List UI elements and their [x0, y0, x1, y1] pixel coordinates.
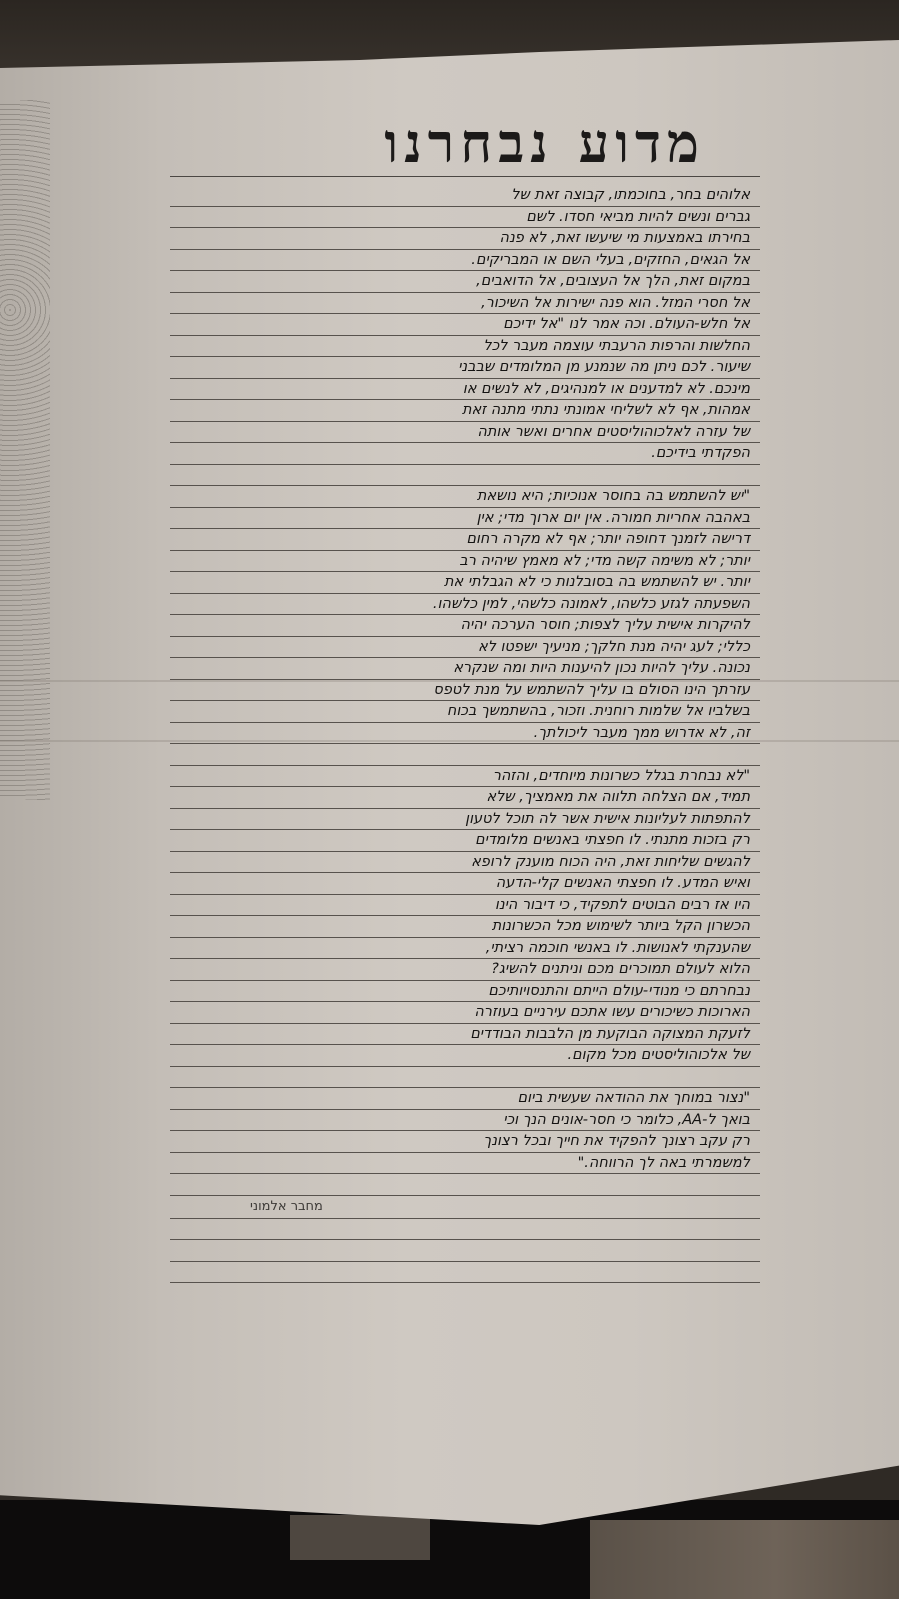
text-line: באהבה אחריות חמורה. אין יום ארוך מדי; אי…: [170, 508, 760, 530]
text-line: אל חסרי המזל. הוא פנה ישירות אל השיכור,: [170, 293, 760, 315]
letter-title: מדוע נבחרנו: [170, 110, 760, 177]
blank-rule-line: .: [170, 1174, 760, 1196]
text-line: לזעקת המצוקה הבוקעת מן הלבבות הבודדים: [170, 1024, 760, 1046]
text-line: תמיד, אם הצלחה תלווה את מאמציך, שלא: [170, 787, 760, 809]
text-line: להיקרות אישית עליך לצפות; חוסר הערכה יהי…: [170, 615, 760, 637]
paragraph-3: "לא נבחרת בגלל כשרונות מיוחדים, והזהר תמ…: [170, 766, 760, 1089]
text-line: שיעור. לכם ניתן מה שנמנע מן המלומדים שבב…: [170, 357, 760, 379]
blank-rule-line: .: [170, 744, 760, 766]
handwritten-letter: מדוע נבחרנו אלוהים בחר, בחוכמתו, קבוצה ז…: [170, 110, 760, 1283]
text-line: רק בזכות מתנתי. לו חפצתי באנשים מלומדים: [170, 830, 760, 852]
blank-rule-line: .: [170, 465, 760, 487]
text-line: שהענקתי לאנושות. לו באנשי חוכמה רציתי,: [170, 938, 760, 960]
text-line: החלשות והרפות הרעבתי עוצמה מעבר לכל: [170, 336, 760, 358]
background-object: [290, 1515, 430, 1560]
text-line: "נצור במוחך את ההודאה שעשית ביום: [170, 1088, 760, 1110]
text-line: "לא נבחרת בגלל כשרונות מיוחדים, והזהר: [170, 766, 760, 788]
text-line: הארוכות כשיכורים עשו אתכם עירניים בעוזרה: [170, 1002, 760, 1024]
background-floor: [590, 1520, 899, 1599]
text-line: בשלביו אל שלמות רוחנית. וזכור, בהשתמשך ב…: [170, 701, 760, 723]
blank-rule-line: .: [170, 1219, 760, 1241]
text-line: ואיש המדע. לו חפצתי האנשים קלי-הדעה: [170, 873, 760, 895]
text-line: להתפתות לעליונות אישית אשר לה תוכל לטעון: [170, 809, 760, 831]
text-line: כללי; לעג יהיה מנת חלקך; מניעיך ישפטו לא: [170, 637, 760, 659]
text-line: "יש להשתמש בה בחוסר אנוכיות; היא נושאת: [170, 486, 760, 508]
text-line: אל חלש-העולם. וכה אמר לנו "אל ידיכם: [170, 314, 760, 336]
text-line: להגשים שליחות זאת, היה הכוח מוענק לרופא: [170, 852, 760, 874]
text-line: אל הגאים, החזקים, בעלי השם או המבריקים.: [170, 250, 760, 272]
text-line: היו אז רבים הבוטים לתפקיד, כי דיבור הינו: [170, 895, 760, 917]
text-line: של אלכוהוליסטים מכל מקום.: [170, 1045, 760, 1067]
text-line: רק עקב רצונך להפקיד את חייך ובכל רצונך: [170, 1131, 760, 1153]
text-line: יותר; לא משימה קשה מדי; לא מאמץ שיהיה רב: [170, 551, 760, 573]
text-line: בחירתו באמצעות מי שיעשו זאת, לא פנה: [170, 228, 760, 250]
paragraph-1: אלוהים בחר, בחוכמתו, קבוצה זאת של גברים …: [170, 185, 760, 486]
text-line: אלוהים בחר, בחוכמתו, קבוצה זאת של: [170, 185, 760, 207]
text-line: נבחרתם כי מנודי-עולם הייתם והתנסויותיכם: [170, 981, 760, 1003]
text-line: עזרתך הינו הסולם בו עליך להשתמש על מנת ל…: [170, 680, 760, 702]
blank-rule-line: .: [170, 1067, 760, 1089]
text-line: גברים ונשים להיות מביאי חסדו. לשם: [170, 207, 760, 229]
paragraph-2: "יש להשתמש בה בחוסר אנוכיות; היא נושאת ב…: [170, 486, 760, 766]
text-line: דרישה לזמנך דחופה יותר; אף לא מקרה רחום: [170, 529, 760, 551]
blank-rule-line: .: [170, 1262, 760, 1284]
text-line: הפקדתי בידיכם.: [170, 443, 760, 465]
text-line: השפעתה לגזע כלשהו, לאמונה כלשהי, למין כל…: [170, 594, 760, 616]
blank-rule-line: .: [170, 1240, 760, 1262]
signature-block: מחבר אלמוני . . .: [170, 1196, 760, 1284]
text-line: הלוא לעולם תמוכרים מכם וניתנים להשיג?: [170, 959, 760, 981]
text-line: יותר. יש להשתמש בה בסובלנות כי לא הגבלתי…: [170, 572, 760, 594]
signature: מחבר אלמוני: [170, 1196, 760, 1219]
text-line: נכונה. עליך להיות נכון להיענות היות ומה …: [170, 658, 760, 680]
paragraph-4: "נצור במוחך את ההודאה שעשית ביום בואך ל-…: [170, 1088, 760, 1196]
text-line: הכשרון הקל ביותר לשימוש מכל הכשרונות: [170, 916, 760, 938]
text-line: למשמרתי באה לך הרווחה.": [170, 1153, 760, 1175]
text-line: אמהות, אף לא לשליחי אמונתי נתתי מתנה זאת: [170, 400, 760, 422]
text-line: מינכם. לא למדענים או למנהיגים, לא לנשים …: [170, 379, 760, 401]
text-line: זה, לא אדרוש ממך מעבר ליכולתך.: [170, 723, 760, 745]
paper-stain: [0, 100, 50, 800]
text-line: במקום זאת, הלך אל העצובים, אל הדואבים,: [170, 271, 760, 293]
text-line: בואך ל-AA, כלומר כי חסר-אונים הנך וכי: [170, 1110, 760, 1132]
text-line: של עזרה לאלכוהוליסטים אחרים ואשר אותה: [170, 422, 760, 444]
